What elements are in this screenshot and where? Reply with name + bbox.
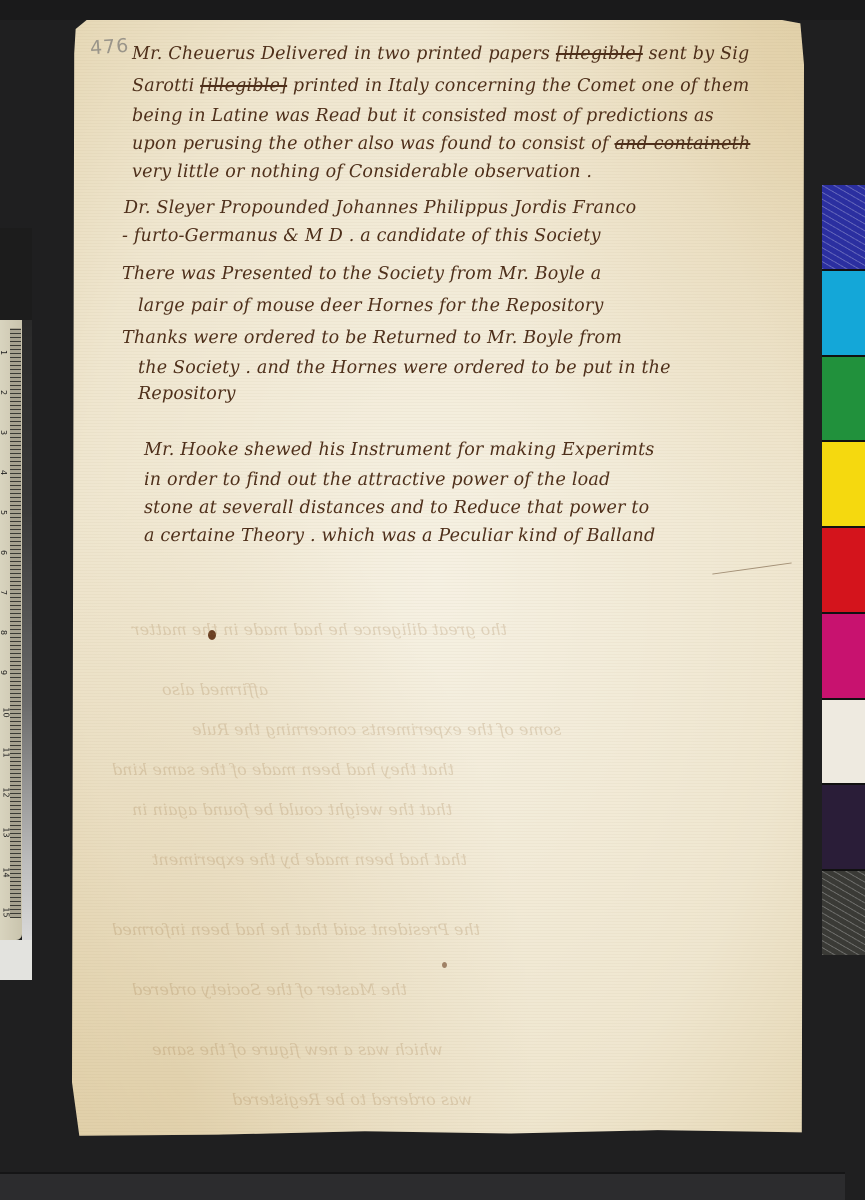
manuscript-line: Repository (138, 384, 236, 404)
swatch-magenta (822, 614, 865, 698)
manuscript-page: 476 Mr. Cheuerus Delivered in two printe… (72, 20, 804, 1138)
ruler-label: 7 (0, 590, 8, 595)
backdrop-top (0, 0, 865, 20)
manuscript-line: Thanks were ordered to be Returned to Mr… (122, 328, 622, 348)
bleed-through-text: was ordered to be Registered (232, 1090, 472, 1109)
manuscript-line: Sarotti [illegible] printed in Italy con… (132, 76, 749, 96)
swatch-yellow (822, 442, 865, 526)
manuscript-line: in order to find out the attractive powe… (144, 470, 610, 490)
ruler-labels: 1 2 3 4 5 6 7 8 9 10 11 12 13 14 15 (1, 348, 11, 938)
bleed-through-text: the Master of the Society ordered (132, 980, 407, 999)
grey-scale-ramp (22, 320, 32, 960)
manuscript-line: the Society . and the Hornes were ordere… (138, 358, 671, 378)
ruler-label: 11 (2, 747, 11, 757)
color-calibration-chart (822, 185, 865, 955)
ruler-ticks (10, 328, 21, 918)
bleed-through-text: which was a new figure of the same (152, 1040, 443, 1059)
manuscript-line: very little or nothing of Considerable o… (132, 162, 592, 182)
ruler-base (0, 940, 32, 980)
measurement-ruler: 1 2 3 4 5 6 7 8 9 10 11 12 13 14 15 (0, 228, 32, 980)
ruler-label: 14 (2, 867, 11, 877)
ruler-label: 9 (0, 670, 8, 675)
bleed-through-text: some of the experiments concerning the R… (192, 720, 561, 739)
manuscript-line: - furto-Germanus & M D . a candidate of … (122, 226, 601, 246)
ruler-label: 6 (0, 550, 8, 555)
swatch-black (822, 871, 865, 955)
manuscript-line: Mr. Hooke shewed his Instrument for maki… (144, 440, 655, 460)
bleed-through-text: that they had been made of the same kind (112, 760, 454, 779)
ruler-label: 8 (0, 630, 8, 635)
ruler-label: 2 (0, 390, 8, 395)
pen-flourish (712, 562, 791, 574)
ink-blot (442, 962, 447, 968)
ruler-label: 15 (2, 907, 11, 917)
ruler-label: 5 (0, 510, 8, 515)
manuscript-line: being in Latine was Read but it consiste… (132, 106, 714, 126)
ruler-label: 10 (2, 707, 11, 717)
folio-number: 476 (89, 35, 130, 60)
swatch-blue (822, 185, 865, 269)
swatch-violet (822, 785, 865, 869)
ruler-label: 3 (0, 430, 8, 435)
bleed-through-text: that had been made by the experiment (152, 850, 467, 869)
manuscript-line: Dr. Sleyer Propounded Johannes Philippus… (124, 198, 636, 218)
manuscript-line: stone at severall distances and to Reduc… (144, 498, 649, 518)
manuscript-line: Mr. Cheuerus Delivered in two printed pa… (132, 44, 749, 64)
bleed-through-text: the President said that he had been info… (112, 920, 480, 939)
swatch-cyan (822, 271, 865, 355)
bleed-through-text: affirmed also (162, 680, 268, 699)
manuscript-line: a certaine Theory . which was a Peculiar… (144, 526, 655, 546)
backdrop-bottom-band (0, 1172, 845, 1200)
bleed-through-text: tho great diligence he had made in the m… (132, 620, 507, 639)
ruler-label: 12 (2, 787, 11, 797)
bleed-through-text: that the weight could be found again in (132, 800, 452, 819)
ruler-label: 1 (0, 350, 8, 355)
manuscript-line: upon perusing the other also was found t… (132, 134, 750, 154)
manuscript-line: There was Presented to the Society from … (122, 264, 601, 284)
manuscript-line: large pair of mouse deer Hornes for the … (138, 296, 604, 316)
ruler-label: 4 (0, 470, 8, 475)
swatch-red (822, 528, 865, 612)
swatch-white (822, 700, 865, 784)
swatch-green (822, 357, 865, 441)
ruler-label: 13 (2, 827, 11, 837)
